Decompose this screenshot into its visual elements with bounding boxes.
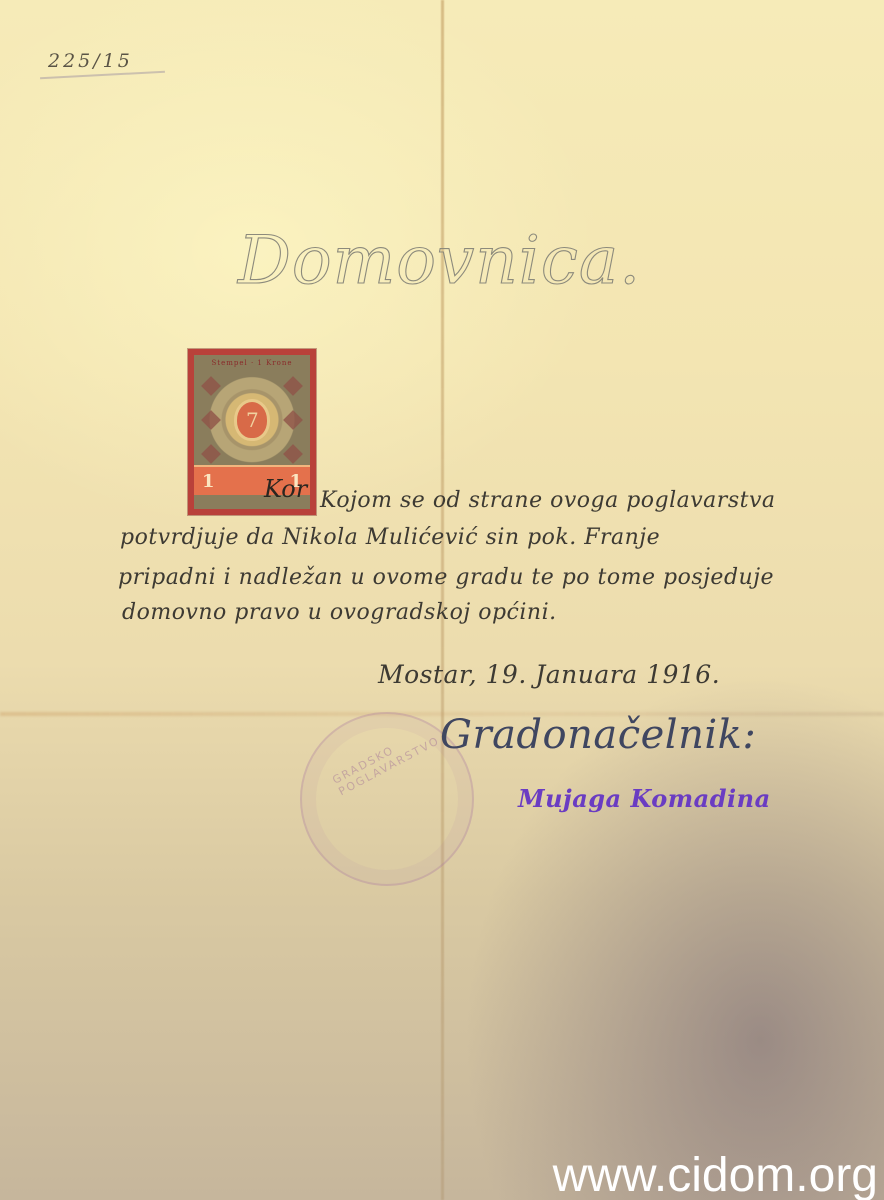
- ornament-icon: [283, 444, 303, 464]
- body-line: Kojom se od strane ovoga poglavarstva: [320, 488, 776, 513]
- body-line: pripadni i nadležan u ovome gradu te po …: [118, 565, 774, 590]
- ornament-icon: [283, 410, 303, 430]
- signature-stamp: Mujaga Komadina: [518, 784, 771, 813]
- ornament-icon: [201, 376, 221, 396]
- place-date: Mostar, 19. Januara 1916.: [378, 660, 720, 689]
- reference-number: 225/15: [48, 50, 133, 72]
- stamp-value-left: 1: [202, 471, 215, 492]
- coat-of-arms-icon: [237, 402, 267, 438]
- reference-underline: [40, 71, 165, 80]
- stamp-header: Stempel · 1 Krone: [194, 359, 310, 367]
- document-title: Domovnica.: [238, 222, 641, 299]
- official-title: Gradonačelnik:: [440, 712, 756, 758]
- watermark: www.cidom.org: [553, 1152, 878, 1200]
- revenue-stamp: Stempel · 1 Krone 1 1 Kor: [188, 349, 316, 515]
- ornament-icon: [283, 376, 303, 396]
- ornament-icon: [201, 444, 221, 464]
- body-line: domovno pravo u ovogradskoj općini.: [122, 600, 557, 625]
- body-line: potvrdjuje da Nikola Mulićević sin pok. …: [120, 525, 660, 550]
- ornament-icon: [201, 410, 221, 430]
- stamp-cancellation: Kor: [264, 475, 307, 503]
